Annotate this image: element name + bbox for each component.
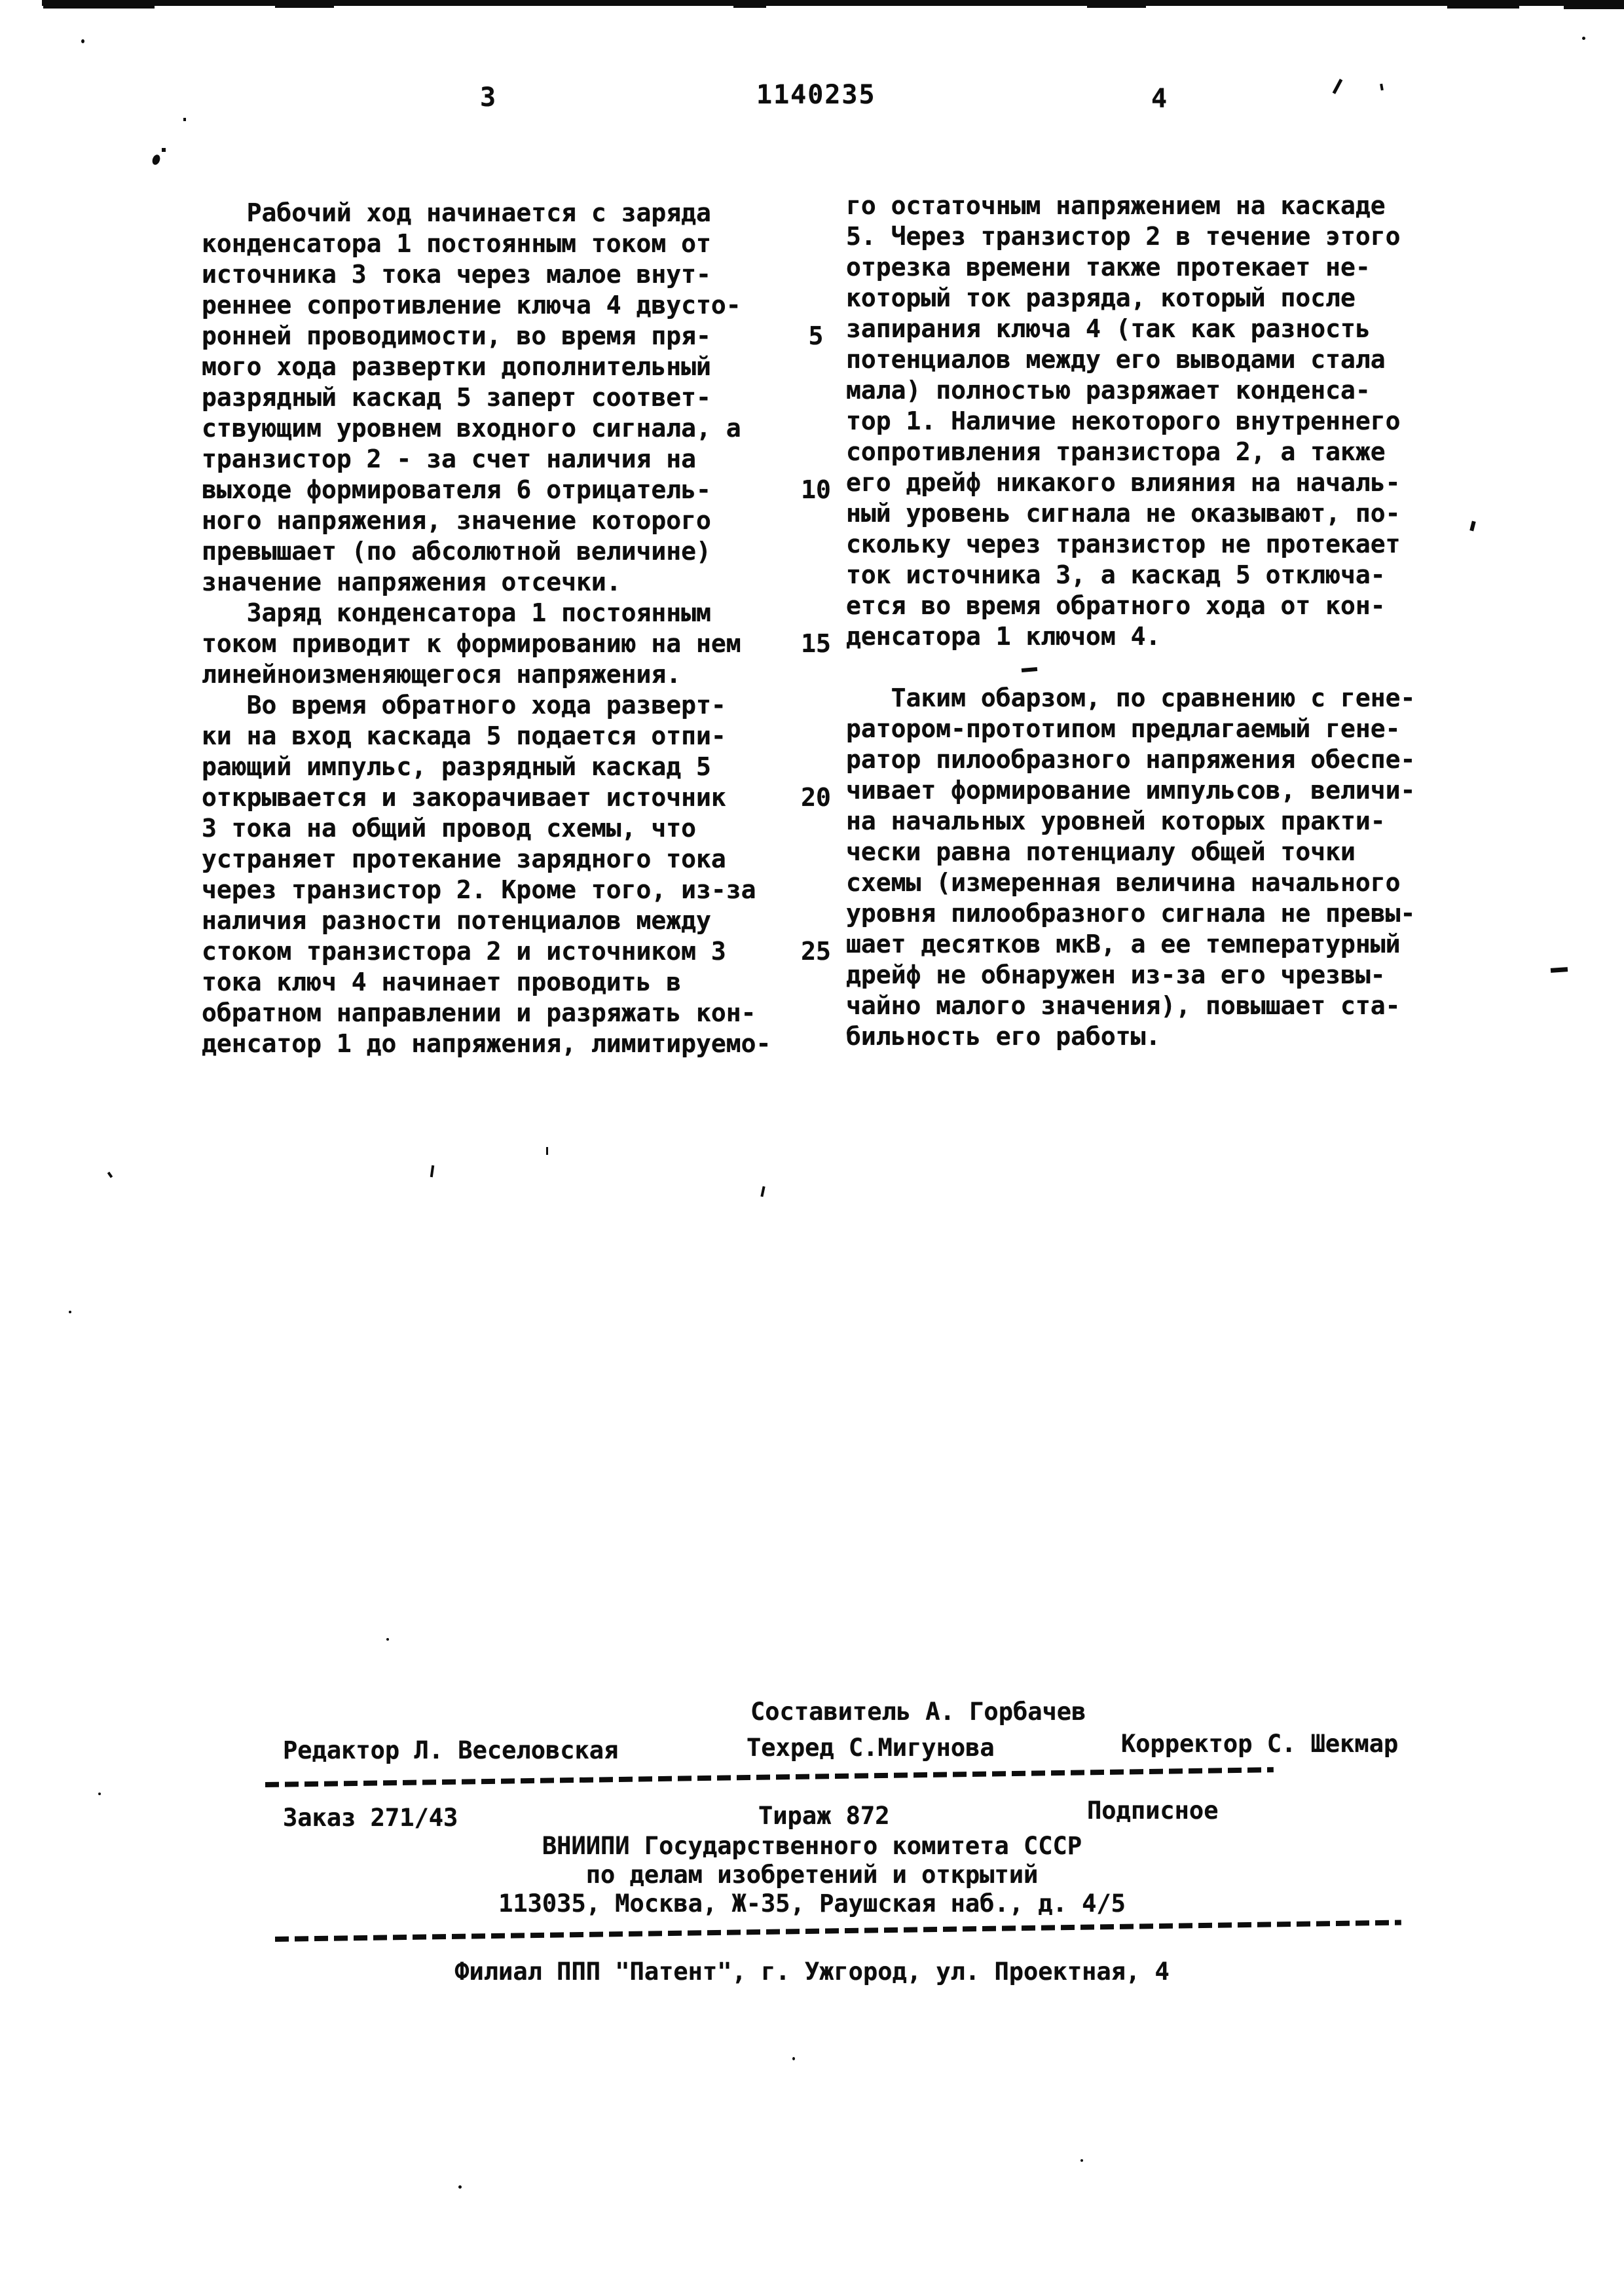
scan-speck (1333, 79, 1343, 94)
footer-editor: Редактор Л. Веселовская (283, 1736, 618, 1764)
line-number-marker: 15 (784, 629, 847, 659)
text-line: через транзистор 2. Кроме того, из-за (202, 875, 781, 905)
text-line: Таким обарзом, по сравнению с гене- (846, 683, 1439, 714)
page-number-left: 3 (480, 82, 497, 113)
scan-speck (760, 1186, 765, 1197)
text-line: ронней проводимости, во время пря- (202, 321, 781, 352)
text-line: денсатор 1 до напряжения, лимитируемо- (202, 1029, 781, 1059)
scan-speck (792, 2057, 795, 2060)
scan-speck (81, 39, 84, 43)
text-line: ствующим уровнем входного сигнала, а (202, 413, 781, 444)
text-line: чивает формирование импульсов, величи- (846, 775, 1439, 806)
scan-speck (107, 1172, 113, 1178)
text-line: выходе формирователя 6 отрицатель- (202, 475, 781, 505)
text-line: денсатора 1 ключом 4. (846, 621, 1439, 652)
text-line: сопротивления транзистора 2, а также (846, 437, 1439, 467)
text-line: тор 1. Наличие некоторого внутреннего (846, 406, 1439, 437)
scan-speck (430, 1165, 434, 1177)
footer-subscription: Подписное (1087, 1796, 1218, 1825)
scan-edge-artifact (1087, 5, 1146, 8)
text-line: источника 3 тока через малое внут- (202, 259, 781, 290)
text-line: скольку через транзистор не протекает (846, 529, 1439, 560)
page-number-right: 4 (1151, 84, 1168, 114)
scan-edge-artifact (275, 5, 334, 8)
text-line: 5. Через транзистор 2 в течение этого (846, 221, 1439, 252)
text-line: отрезка времени также протекает не- (846, 252, 1439, 283)
text-line: линейноизменяющегося напряжения. (202, 659, 781, 690)
text-line: на начальных уровней которых практи- (846, 806, 1439, 837)
scan-edge-artifact (1447, 5, 1519, 9)
patent-page: 3 1140235 4 Рабочий ход начинается с зар… (0, 0, 1624, 2296)
scan-speck (98, 1793, 101, 1795)
scan-speck (183, 118, 186, 121)
text-line: тока ключ 4 начинает проводить в (202, 967, 781, 998)
line-number-marker: 5 (784, 321, 847, 352)
footer-proofreader: Корректор С. Шекмар (1121, 1730, 1398, 1758)
scan-edge-artifact (43, 5, 155, 9)
footer-print-run: Тираж 872 (758, 1802, 889, 1830)
scan-speck (546, 1147, 548, 1155)
scan-speck (386, 1638, 389, 1641)
scan-speck (162, 148, 166, 152)
text-line: мого хода развертки дополнительный (202, 352, 781, 382)
scan-speck (1551, 967, 1568, 973)
text-line: превышает (по абсолютной величине) (202, 536, 781, 567)
column-left: Рабочий ход начинается с зарядаконденсат… (202, 198, 781, 1059)
text-line: бильность его работы. (846, 1021, 1439, 1052)
text-line: схемы (измеренная величина начального (846, 867, 1439, 898)
text-line: разрядный каскад 5 заперт соответ- (202, 382, 781, 413)
scan-speck (1080, 2159, 1083, 2162)
text-line: чески равна потенциалу общей точки (846, 837, 1439, 867)
line-number-marker: 25 (784, 936, 847, 967)
text-line: Рабочий ход начинается с заряда (202, 198, 781, 228)
footer-publisher-line3: 113035, Москва, Ж-35, Раушская наб., д. … (196, 1889, 1428, 1918)
text-line: чайно малого значения), повышает ста- (846, 991, 1439, 1021)
text-line: потенциалов между его выводами стала (846, 344, 1439, 375)
line-number-marker: 20 (784, 782, 847, 813)
text-line: ки на вход каскада 5 подается отпи- (202, 721, 781, 752)
footer-order: Заказ 271/43 (283, 1804, 458, 1832)
text-line: мала) полностью разряжает конденса- (846, 375, 1439, 406)
text-line: уровня пилообразного сигнала не превы- (846, 898, 1439, 929)
scan-speck (1469, 520, 1475, 531)
footer-tech-editor: Техред С.Мигунова (747, 1734, 995, 1762)
text-line: ного напряжения, значение которого (202, 505, 781, 536)
patent-number: 1140235 (756, 80, 876, 110)
scan-edge-artifact (733, 5, 766, 8)
text-line: ется во время обратного хода от кон- (846, 591, 1439, 621)
scan-speck (69, 1311, 71, 1313)
text-line: реннее сопротивление ключа 4 двусто- (202, 290, 781, 321)
text-line: запирания ключа 4 (так как разность (846, 314, 1439, 344)
footer-compiler: Составитель А. Горбачев (750, 1698, 1086, 1726)
text-line: конденсатора 1 постоянным током от (202, 228, 781, 259)
scan-speck (151, 154, 162, 166)
text-line: ратором-прототипом предлагаемый гене- (846, 714, 1439, 744)
text-line (846, 652, 1439, 683)
text-line: ток источника 3, а каскад 5 отключа- (846, 560, 1439, 591)
text-line: Заряд конденсатора 1 постоянным (202, 598, 781, 629)
text-line: ный уровень сигнала не оказывают, по- (846, 498, 1439, 529)
text-line: обратном направлении и разряжать кон- (202, 998, 781, 1029)
scan-edge-artifact (1564, 5, 1624, 9)
text-line: рающий импульс, разрядный каскад 5 (202, 752, 781, 782)
text-line: 3 тока на общий провод схемы, что (202, 813, 781, 844)
text-line: Во время обратного хода разверт- (202, 690, 781, 721)
line-number-marker: 10 (784, 475, 847, 505)
text-line: значение напряжения отсечки. (202, 567, 781, 598)
text-line: го остаточным напряжением на каскаде (846, 191, 1439, 221)
footer-divider-bottom (275, 1920, 1401, 1942)
scan-speck (1380, 84, 1384, 91)
text-line: его дрейф никакого влияния на началь- (846, 467, 1439, 498)
scan-speck (458, 2185, 462, 2189)
footer-divider-top (265, 1767, 1274, 1787)
column-right: го остаточным напряжением на каскаде5. Ч… (846, 191, 1439, 1052)
text-line: открывается и закорачивает источник (202, 782, 781, 813)
text-line: дрейф не обнаружен из-за его чрезвы- (846, 960, 1439, 991)
text-line: током приводит к формированию на нем (202, 629, 781, 659)
text-line: наличия разности потенциалов между (202, 905, 781, 936)
text-line: шает десятков мкВ, а ее температурный (846, 929, 1439, 960)
footer-publisher-line1: ВНИИПИ Государственного комитета СССР (196, 1832, 1428, 1860)
text-line: транзистор 2 - за счет наличия на (202, 444, 781, 475)
footer-branch: Филиал ППП "Патент", г. Ужгород, ул. Про… (196, 1958, 1428, 1986)
text-line: ратор пилообразного напряжения обеспе- (846, 744, 1439, 775)
footer-publisher-line2: по делам изобретений и открытий (196, 1861, 1428, 1889)
text-line: устраняет протекание зарядного тока (202, 844, 781, 875)
text-line: который ток разряда, который после (846, 283, 1439, 314)
scan-speck (1582, 37, 1585, 40)
text-line: стоком транзистора 2 и источником 3 (202, 936, 781, 967)
